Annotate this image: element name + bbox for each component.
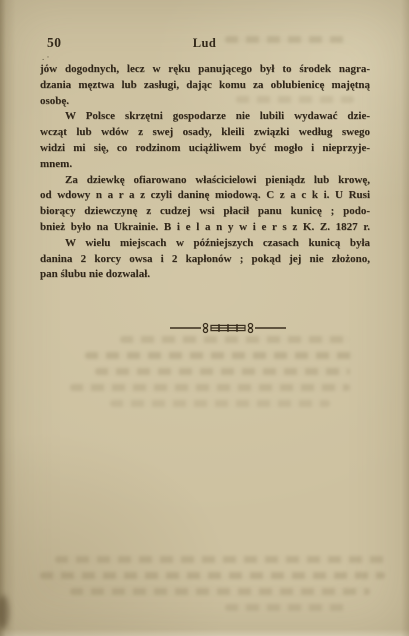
text-line: widzi mi się, co rodzinom uciążliwem być… bbox=[40, 141, 370, 157]
page-edge-stain bbox=[0, 595, 9, 629]
text-line paragraph-end: mnem. bbox=[40, 157, 370, 173]
text-line: dzania męztwa lub zasługi, dając komu za… bbox=[40, 78, 370, 94]
bleedthrough-ghost bbox=[40, 572, 385, 579]
text-line paragraph-start: W wielu miejscach w późniejszych czasach… bbox=[40, 236, 370, 252]
bleedthrough-ghost bbox=[70, 384, 350, 391]
text-line: biorący dziewczynę z cudzej wsi płacił p… bbox=[40, 204, 370, 220]
bleedthrough-ghost bbox=[55, 556, 385, 563]
bleedthrough-ghost bbox=[110, 400, 330, 407]
running-head: 50 Lud bbox=[0, 35, 409, 51]
text-line: jów dogodnych, lecz w ręku panującego by… bbox=[40, 62, 370, 78]
text-line: danina 2 korcy owsa i 2 kapłonów ; pokąd… bbox=[40, 252, 370, 268]
page-number-mark: . · bbox=[42, 52, 50, 62]
bleedthrough-ghost bbox=[225, 36, 345, 43]
text-line paragraph-end: pan ślubu nie dozwalał. bbox=[40, 267, 370, 283]
text-line paragraph-start: W Polsce skrzętni gospodarze nie lubili … bbox=[40, 109, 370, 125]
text-line: wcząt lub wdów z swej osady, kleili zwią… bbox=[40, 125, 370, 141]
bleedthrough-ghost bbox=[85, 352, 355, 359]
book-page-scan: 50 Lud . · jów dogodnych, lecz w ręku pa… bbox=[0, 0, 409, 636]
text-line paragraph-start: Za dziewkę ofiarowano właścicielowi pien… bbox=[40, 173, 370, 189]
bleedthrough-ghost bbox=[70, 588, 370, 595]
bleedthrough-ghost bbox=[95, 368, 350, 375]
running-title: Lud bbox=[0, 36, 409, 51]
bleedthrough-ghost bbox=[225, 604, 345, 611]
bleedthrough-ghost bbox=[236, 96, 354, 103]
text-line paragraph-end: bnież było na Ukrainie. B i e l a n y w … bbox=[40, 220, 370, 236]
text-line: od wdowy n a r a z czyli daninę miodową.… bbox=[40, 188, 370, 204]
section-divider-ornament-icon bbox=[169, 321, 287, 335]
bleedthrough-ghost bbox=[120, 336, 350, 343]
